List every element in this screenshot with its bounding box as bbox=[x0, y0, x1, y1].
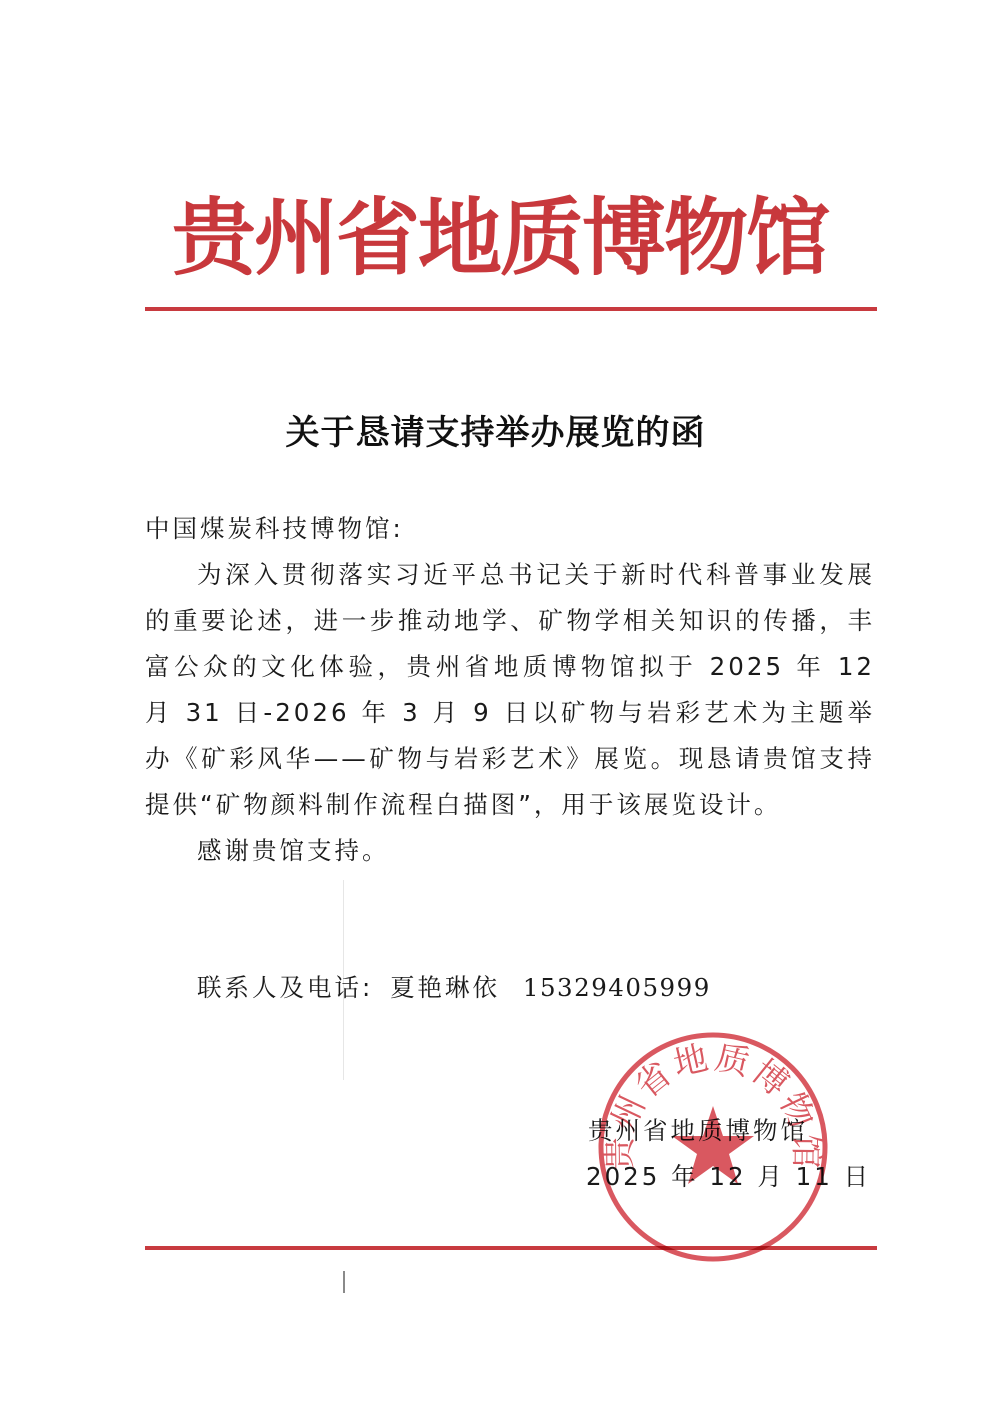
star-icon bbox=[672, 1106, 754, 1184]
contact-label: 联系人及电话: bbox=[197, 973, 373, 1002]
closing-paragraph: 感谢贵馆支持。 bbox=[145, 828, 875, 874]
salutation: 中国煤炭科技博物馆: bbox=[145, 506, 875, 552]
contact-line: 联系人及电话: 夏艳琳依 15329405999 bbox=[197, 968, 711, 1008]
official-seal: 贵州省地质博物馆 bbox=[596, 1030, 830, 1264]
letterhead-divider bbox=[145, 307, 877, 311]
scan-artifact-mark bbox=[343, 1271, 345, 1293]
contact-phone: 15329405999 bbox=[523, 973, 711, 1002]
document-title: 关于恳请支持举办展览的函 bbox=[0, 408, 991, 458]
letter-body: 中国煤炭科技博物馆: 为深入贯彻落实习近平总书记关于新时代科普事业发展的重要论述… bbox=[145, 506, 875, 874]
contact-name: 夏艳琳依 bbox=[390, 973, 500, 1002]
body-paragraph: 为深入贯彻落实习近平总书记关于新时代科普事业发展的重要论述，进一步推动地学、矿物… bbox=[145, 552, 875, 828]
letterhead-org-name: 贵州省地质博物馆 bbox=[140, 188, 860, 288]
